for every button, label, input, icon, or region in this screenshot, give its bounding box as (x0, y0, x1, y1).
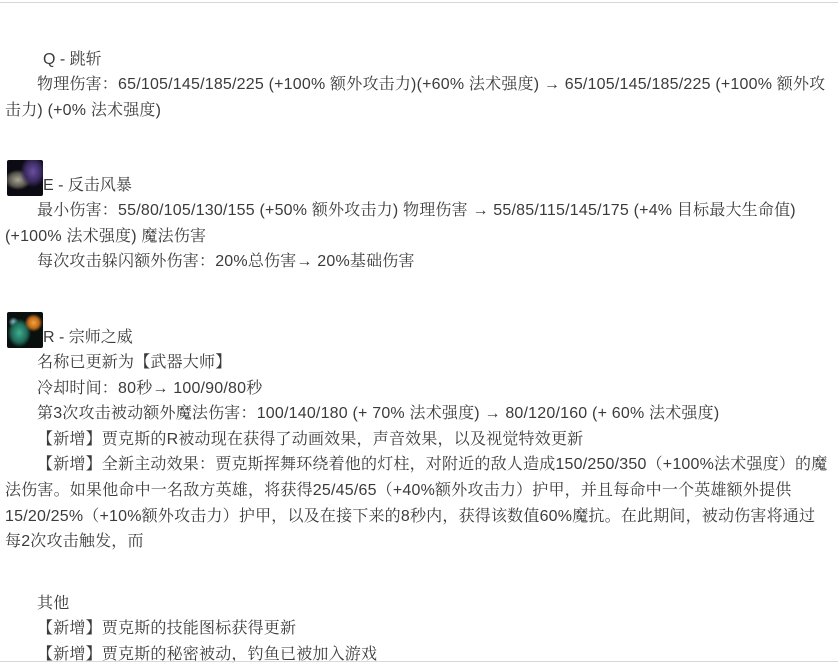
other-section: 其他 【新增】贾克斯的技能图标获得更新 【新增】贾克斯的秘密被动，钓鱼已被加入游… (5, 591, 831, 667)
skill-r-new-active-line: 【新增】全新主动效果：贾克斯挥舞环绕着他的灯柱，对附近的敌人造成150/250/… (5, 452, 831, 554)
skill-q-title: Q - 跳斩 (43, 50, 102, 70)
skill-section-r: R - 宗师之威 名称已更新为【武器大师】 冷却时间：80秒→ 100/90/8… (5, 311, 831, 555)
skill-r-new-vfx-line: 【新增】贾克斯的R被动现在获得了动画效果，声音效果，以及视觉特效更新 (5, 427, 831, 453)
patch-notes-content: Q - 跳斩 物理伤害：65/105/145/185/225 (+100% 额外… (5, 3, 831, 667)
skill-e-min-damage-line: 最小伤害：55/80/105/130/155 (+50% 额外攻击力) 物理伤害… (5, 198, 831, 249)
other-fishing-passive-line: 【新增】贾克斯的秘密被动，钓鱼已被加入游戏 (5, 642, 831, 667)
skill-r-cooldown-line: 冷却时间：80秒→ 100/90/80秒 (5, 376, 831, 402)
jax-q-skill-icon (7, 34, 43, 70)
jax-r-skill-icon (7, 312, 43, 348)
skill-r-passive-damage-line: 第3次攻击被动额外魔法伤害：100/140/180 (+ 70% 法术强度) →… (5, 401, 831, 427)
skill-q-damage-line: 物理伤害：65/105/145/185/225 (+100% 额外攻击力)(+6… (5, 72, 831, 123)
skill-r-title: R - 宗师之威 (43, 328, 133, 348)
jax-e-skill-icon (7, 160, 43, 196)
other-section-title: 其他 (5, 591, 831, 617)
skill-section-e: E - 反击风暴 最小伤害：55/80/105/130/155 (+50% 额外… (5, 159, 831, 275)
bottom-divider (0, 661, 838, 662)
skill-r-header: R - 宗师之威 (5, 311, 831, 348)
skill-q-header: Q - 跳斩 (5, 33, 831, 70)
skill-r-rename-line: 名称已更新为【武器大师】 (5, 350, 831, 376)
skill-e-header: E - 反击风暴 (5, 159, 831, 196)
skill-e-dodge-bonus-line: 每次攻击躲闪额外伤害：20%总伤害→ 20%基础伤害 (5, 249, 831, 275)
skill-section-q: Q - 跳斩 物理伤害：65/105/145/185/225 (+100% 额外… (5, 33, 831, 123)
skill-e-title: E - 反击风暴 (43, 176, 132, 196)
other-icons-update-line: 【新增】贾克斯的技能图标获得更新 (5, 616, 831, 642)
